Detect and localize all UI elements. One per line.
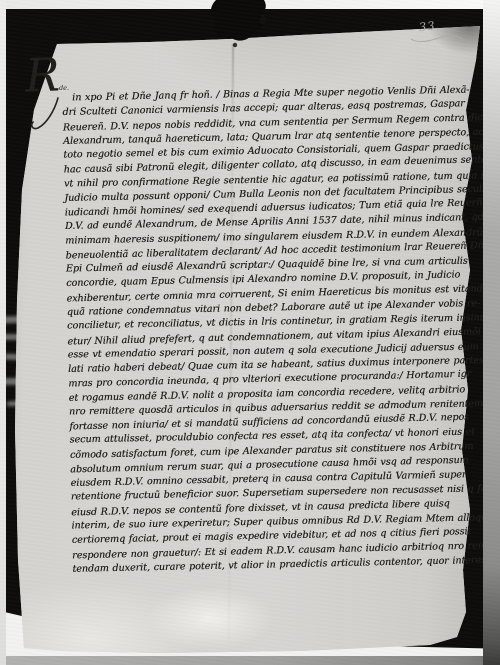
initial-letter: R (24, 51, 60, 98)
photo-right-edge (483, 0, 500, 665)
photo-left-edge (0, 0, 6, 665)
photo-bottom-edge (0, 656, 500, 665)
manuscript-text: in xpo Pi et Dñe Janq fr hoñ. / Binas a … (62, 83, 474, 577)
ink-blot (204, 0, 278, 52)
folio-swash-flourish (408, 30, 466, 46)
manuscript-photograph: 33. R de. in xpo Pi et Dñe Janq fr hoñ. … (0, 0, 500, 665)
